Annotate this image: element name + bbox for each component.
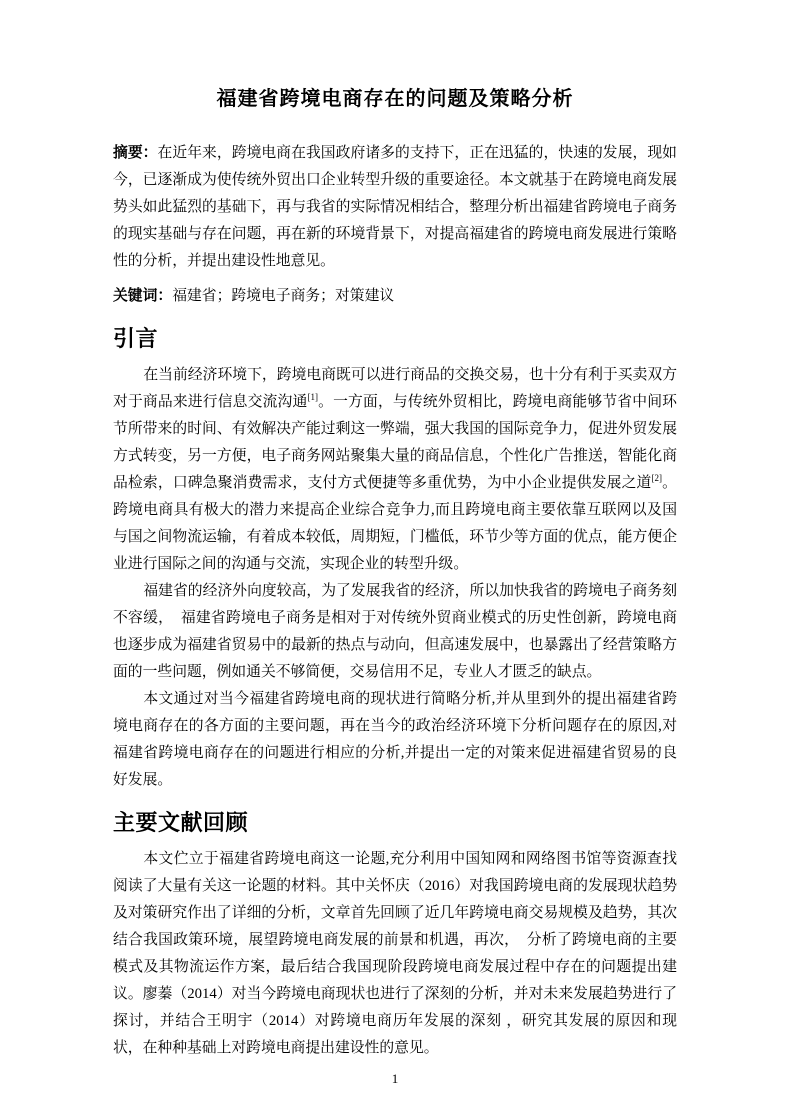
abstract-label: 摘要： xyxy=(113,145,158,161)
keywords-text: 福建省；跨境电子商务；对策建议 xyxy=(172,288,394,304)
intro-paragraph-3: 本文通过对当今福建省跨境电商的现状进行简略分析,并从里到外的提出福建省跨境电商存… xyxy=(113,686,677,794)
citation-marker-2: [2] xyxy=(652,473,663,483)
citation-marker-1: [1] xyxy=(307,392,318,402)
keywords-label: 关键词： xyxy=(113,288,172,304)
keywords-line: 关键词：福建省；跨境电子商务；对策建议 xyxy=(113,283,677,310)
page-title: 福建省跨境电商存在的问题及策略分析 xyxy=(113,84,677,114)
abstract-paragraph: 摘要：在近年来，跨境电商在我国政府诸多的支持下，正在迅猛的，快速的发展，现如今，… xyxy=(113,140,677,275)
literature-paragraph: 本文伫立于福建省跨境电商这一论题,充分利用中国知网和网络图书馆等资源查找阅读了大… xyxy=(113,846,677,1062)
section-heading-introduction: 引言 xyxy=(113,323,677,355)
document-page: 福建省跨境电商存在的问题及策略分析 摘要：在近年来，跨境电商在我国政府诸多的支持… xyxy=(0,0,790,1118)
intro-paragraph-2: 福建省的经济外向度较高，为了发展我省的经济，所以加快我省的跨境电子商务刻不容缓，… xyxy=(113,578,677,686)
section-heading-literature-review: 主要文献回顾 xyxy=(113,807,677,839)
intro-paragraph-1: 在当前经济环境下，跨境电商既可以进行商品的交换交易，也十分有利于买卖双方对于商品… xyxy=(113,362,677,578)
page-number: 1 xyxy=(0,1071,790,1087)
abstract-text: 在近年来，跨境电商在我国政府诸多的支持下，正在迅猛的，快速的发展，现如今，已逐渐… xyxy=(113,145,677,269)
